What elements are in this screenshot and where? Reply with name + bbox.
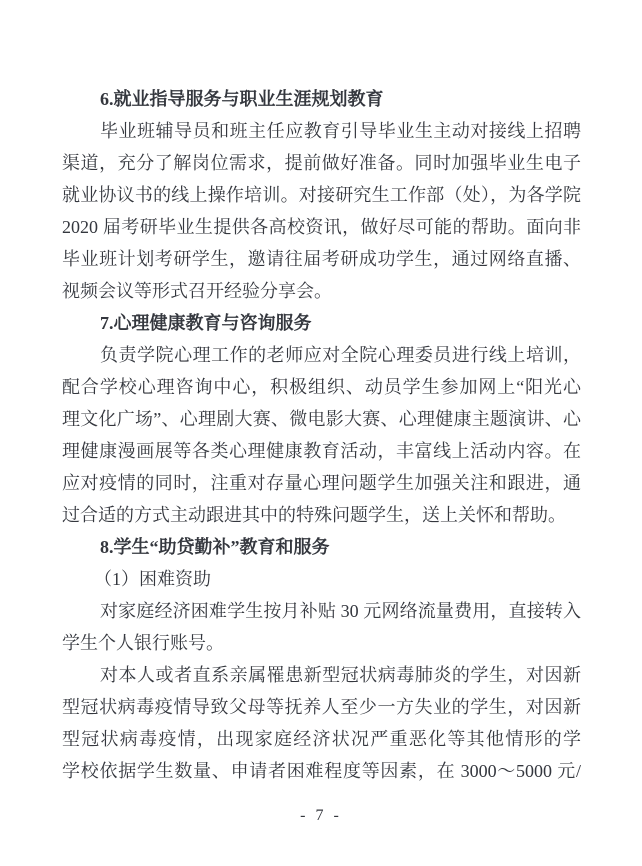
text-line: 视频会议等形式召开经验分享会。: [62, 275, 581, 307]
text-line: 毕业班辅导员和班主任应教育引导毕业生主动对接线上招聘: [62, 115, 581, 147]
text-line: 毕业班计划考研学生，邀请往届考研成功学生，通过网络直播、: [62, 243, 581, 275]
text-line: 渠道，充分了解岗位需求，提前做好准备。同时加强毕业生电子: [62, 147, 581, 179]
document-content: 6.就业指导服务与职业生涯规划教育 毕业班辅导员和班主任应教育引导毕业生主动对接…: [62, 83, 581, 787]
text-line: 配合学校心理咨询中心，积极组织、动员学生参加网上“阳光心: [62, 371, 581, 403]
text-line: 就业协议书的线上操作培训。对接研究生工作部（处），为各学院: [62, 179, 581, 211]
text-line: 理文化广场”、心理剧大赛、微电影大赛、心理健康主题演讲、心: [62, 403, 581, 435]
text-line: 学生个人银行账号。: [62, 627, 581, 659]
page-number: - 7 -: [0, 806, 642, 826]
text-line: 过合适的方式主动跟进其中的特殊问题学生，送上关怀和帮助。: [62, 499, 581, 531]
text-line: 应对疫情的同时，注重对存量心理问题学生加强关注和跟进，通: [62, 467, 581, 499]
text-line: 对本人或者直系亲属罹患新型冠状病毒肺炎的学生，对因新: [62, 659, 581, 691]
text-line: 对家庭经济困难学生按月补贴 30 元网络流量费用，直接转入: [62, 595, 581, 627]
section-8-heading: 8.学生“助贷勤补”教育和服务: [62, 531, 581, 563]
section-6-heading: 6.就业指导服务与职业生涯规划教育: [62, 83, 581, 115]
section-8-subheading: （1）困难资助: [62, 563, 581, 595]
text-line: 2020 届考研毕业生提供各高校资讯，做好尽可能的帮助。面向非: [62, 211, 581, 243]
text-line: 理健康漫画展等各类心理健康教育活动，丰富线上活动内容。在: [62, 435, 581, 467]
section-7-heading: 7.心理健康教育与咨询服务: [62, 307, 581, 339]
text-line: 型冠状病毒疫情，出现家庭经济状况严重恶化等其他情形的学生，: [62, 723, 581, 755]
text-line: 型冠状病毒疫情导致父母等抚养人至少一方失业的学生，对因新: [62, 691, 581, 723]
text-line: 负责学院心理工作的老师应对全院心理委员进行线上培训，: [62, 339, 581, 371]
document-page: 6.就业指导服务与职业生涯规划教育 毕业班辅导员和班主任应教育引导毕业生主动对接…: [0, 0, 642, 866]
text-line: 学校依据学生数量、申请者困难程度等因素，在 3000～5000 元/: [62, 755, 581, 787]
